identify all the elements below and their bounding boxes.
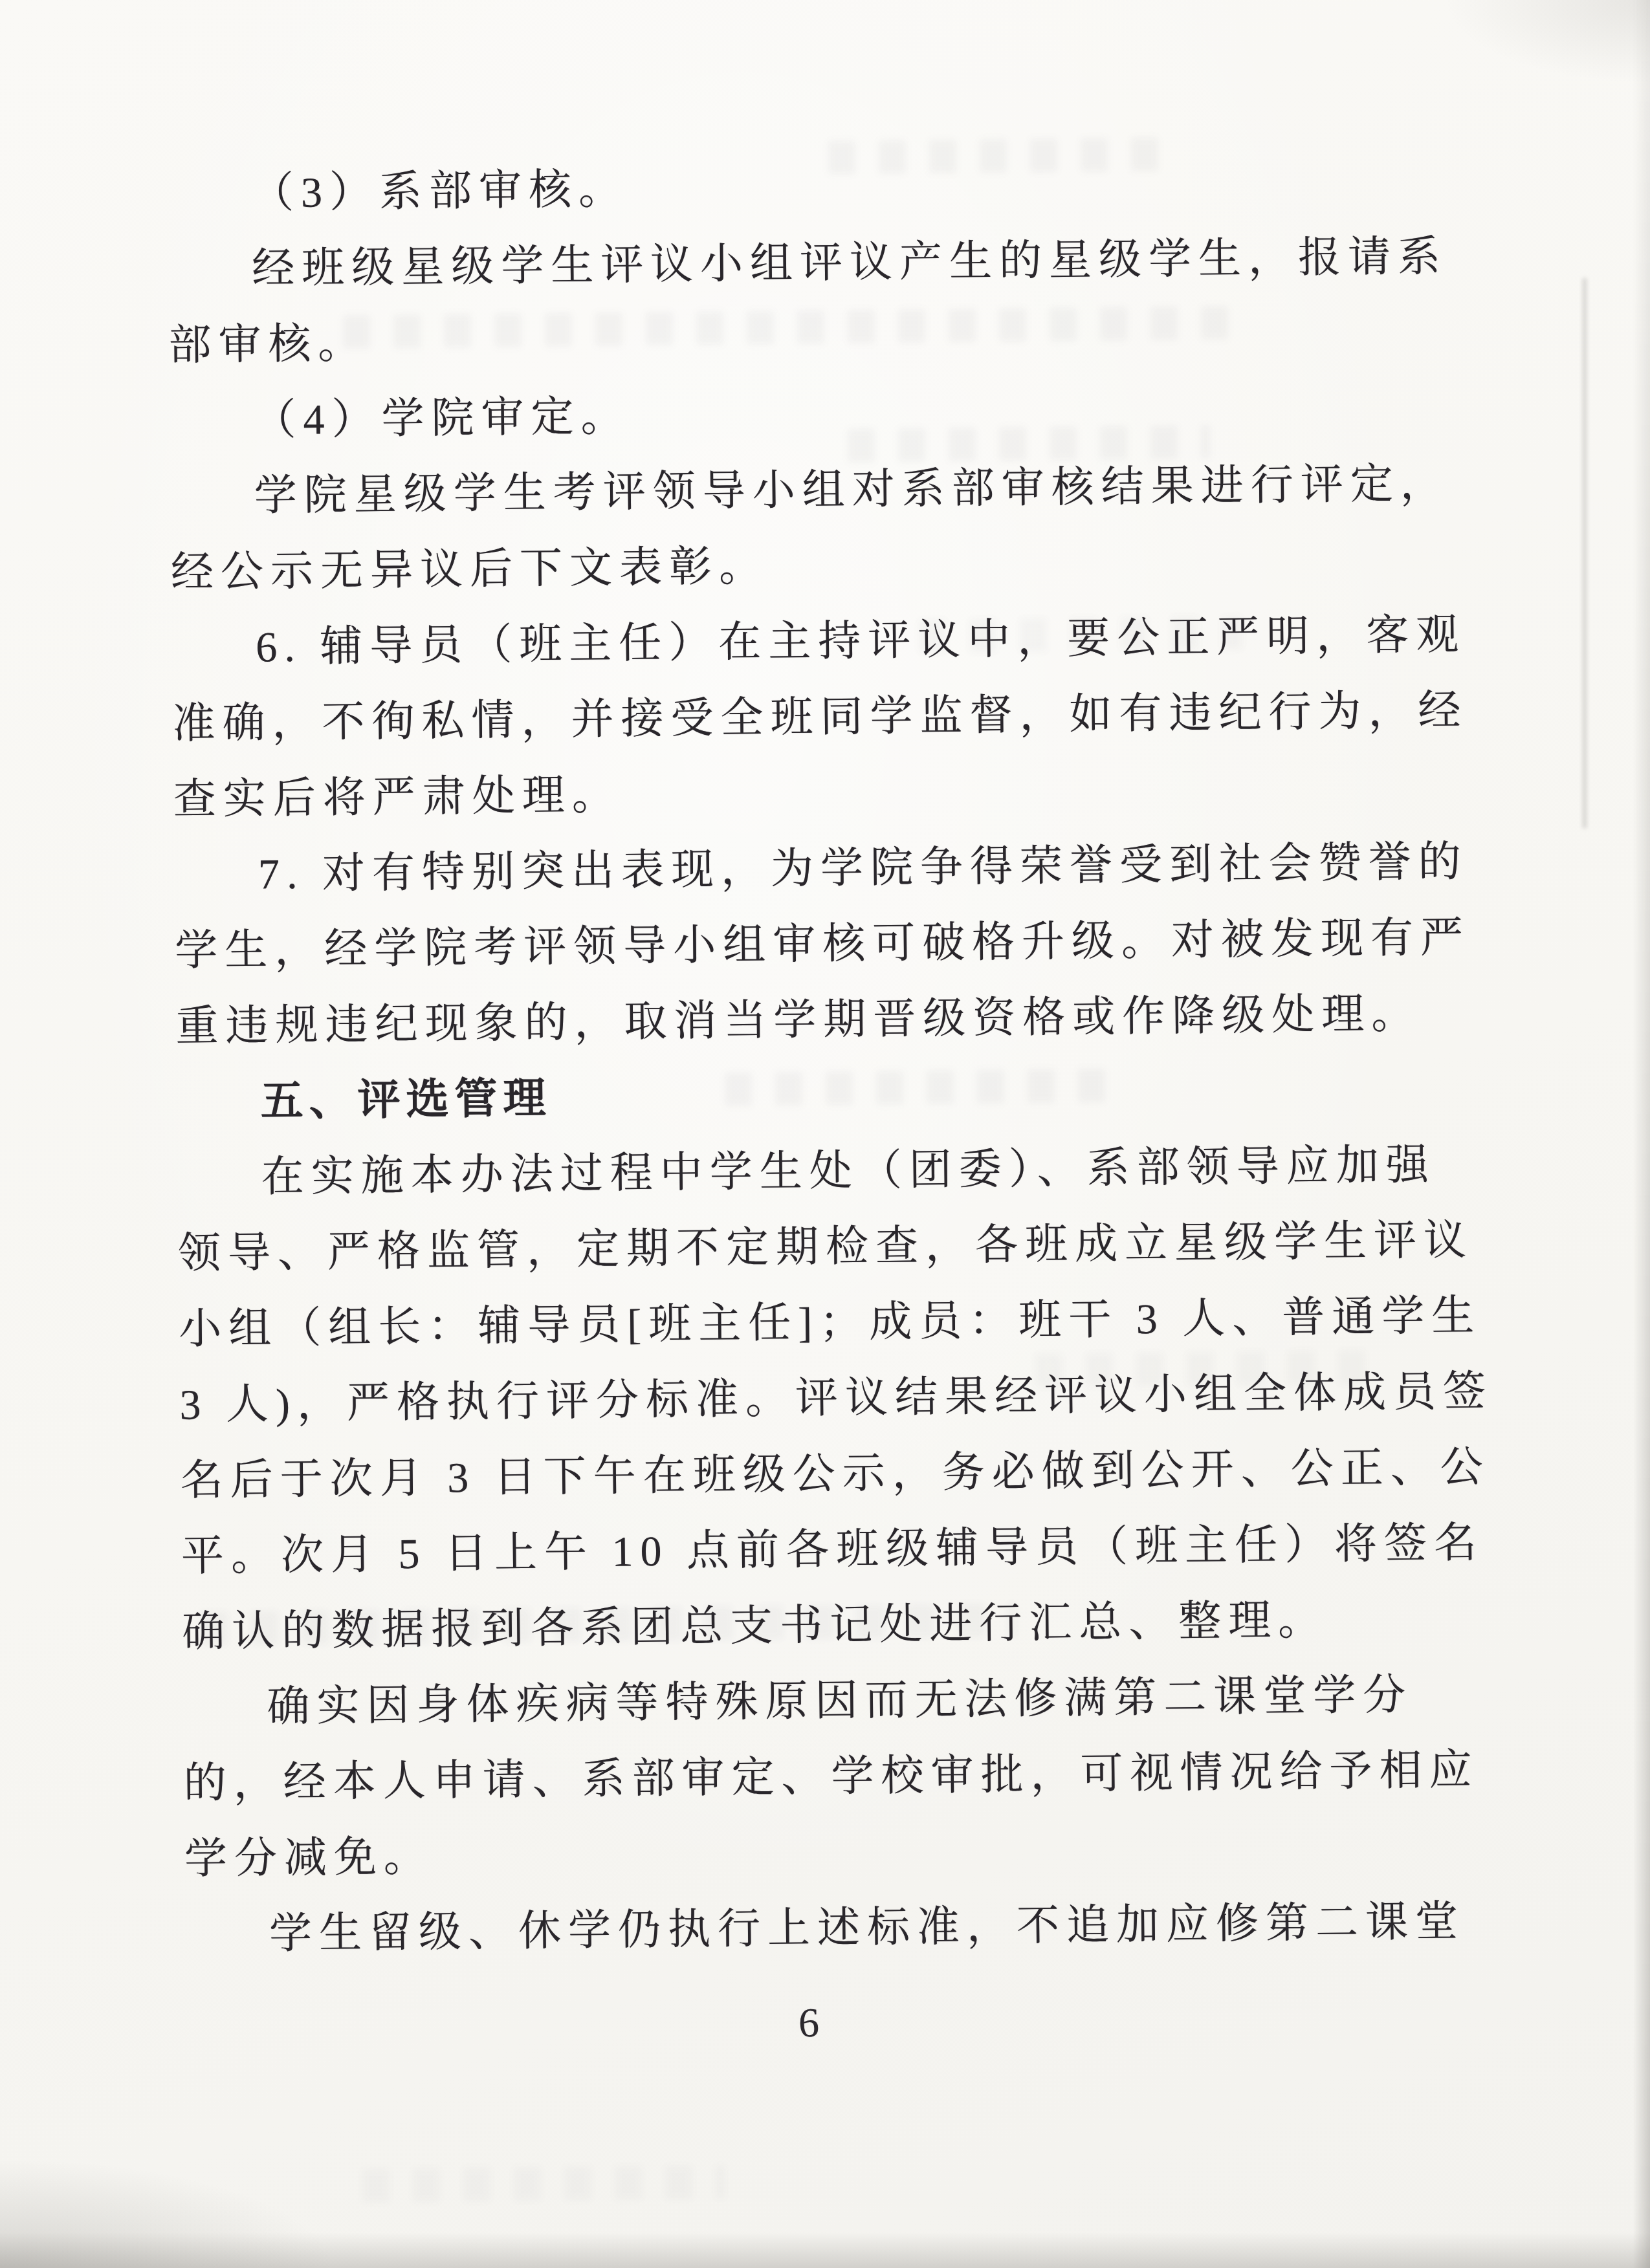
paragraph-line: 学分减免。 — [184, 1809, 1401, 1897]
paragraph-line: 领导、严格监管，定期不定期检查，各班成立星级学生评议 — [178, 1203, 1395, 1292]
paragraph-line: 学院星级学生考评领导小组对系部审核结果进行评定， — [170, 446, 1387, 535]
paragraph-line: 准确，不徇私情，并接受全班同学监督，如有违纪行为，经 — [172, 673, 1389, 762]
paragraph-line: 确认的数据报到各系团总支书记处进行汇总、整理。 — [182, 1582, 1399, 1670]
paragraph-line: 重违规违纪现象的，取消当学期晋级资格或作降级处理。 — [175, 976, 1392, 1065]
document-body: （3）系部审核。 经班级星级学生评议小组评议产生的星级学生，报请系 部审核。 （… — [166, 144, 1402, 1973]
paragraph-line: 在实施本办法过程中学生处（团委）、系部领导应加强 — [177, 1128, 1394, 1216]
paragraph-line: 7. 对有特别突出表现，为学院争得荣誉受到社会赞誉的 — [173, 825, 1391, 913]
scanned-document-page: （3）系部审核。 经班级星级学生评议小组评议产生的星级学生，报请系 部审核。 （… — [0, 0, 1650, 2268]
paragraph-line: （3）系部审核。 — [166, 144, 1383, 232]
paragraph-line: 经公示无异议后下文表彰。 — [170, 522, 1387, 611]
page-number: 6 — [773, 1998, 845, 2047]
paragraph-line: 确实因身体疾病等特殊原因而无法修满第二课堂学分 — [182, 1657, 1400, 1746]
paragraph-line: （4）学院审定。 — [169, 371, 1386, 459]
scan-corner-shadow — [0, 2158, 336, 2268]
paragraph-line: 的，经本人申请、系部审定、学校审批，可视情况给予相应 — [183, 1733, 1400, 1822]
scan-edge-shadow-right — [1633, 0, 1650, 2268]
section-heading: 五、评选管理 — [176, 1052, 1393, 1140]
scan-edge-shadow-bottom — [0, 2232, 1650, 2268]
paragraph-line: 小组（组长：辅导员[班主任]；成员：班干 3 人、普通学生 — [179, 1279, 1396, 1368]
paragraph-line: 平。次月 5 日上午 10 点前各班级辅导员（班主任）将签名 — [181, 1506, 1398, 1595]
paragraph-line: 6. 辅导员（班主任）在主持评议中，要公正严明，客观 — [171, 598, 1389, 686]
showthrough-smudge — [362, 2165, 725, 2203]
paragraph-line: 查实后将严肃处理。 — [173, 749, 1390, 838]
paragraph-line: 名后于次月 3 日下午在班级公示，务必做到公开、公正、公 — [180, 1430, 1397, 1519]
scan-fold-line — [1583, 278, 1587, 828]
paragraph-line: 3 人)，严格执行评分标准。评议结果经评议小组全体成员签 — [179, 1355, 1396, 1443]
paragraph-line: 部审核。 — [168, 295, 1385, 384]
paragraph-line: 经班级星级学生评议小组评议产生的星级学生，报请系 — [168, 219, 1385, 308]
paragraph-line: 学生留级、休学仍执行上述标准，不追加应修第二课堂 — [185, 1884, 1402, 1973]
scan-corner-shadow — [1443, 0, 1650, 84]
paragraph-line: 学生，经学院考评领导小组审核可破格升级。对被发现有严 — [175, 900, 1392, 989]
